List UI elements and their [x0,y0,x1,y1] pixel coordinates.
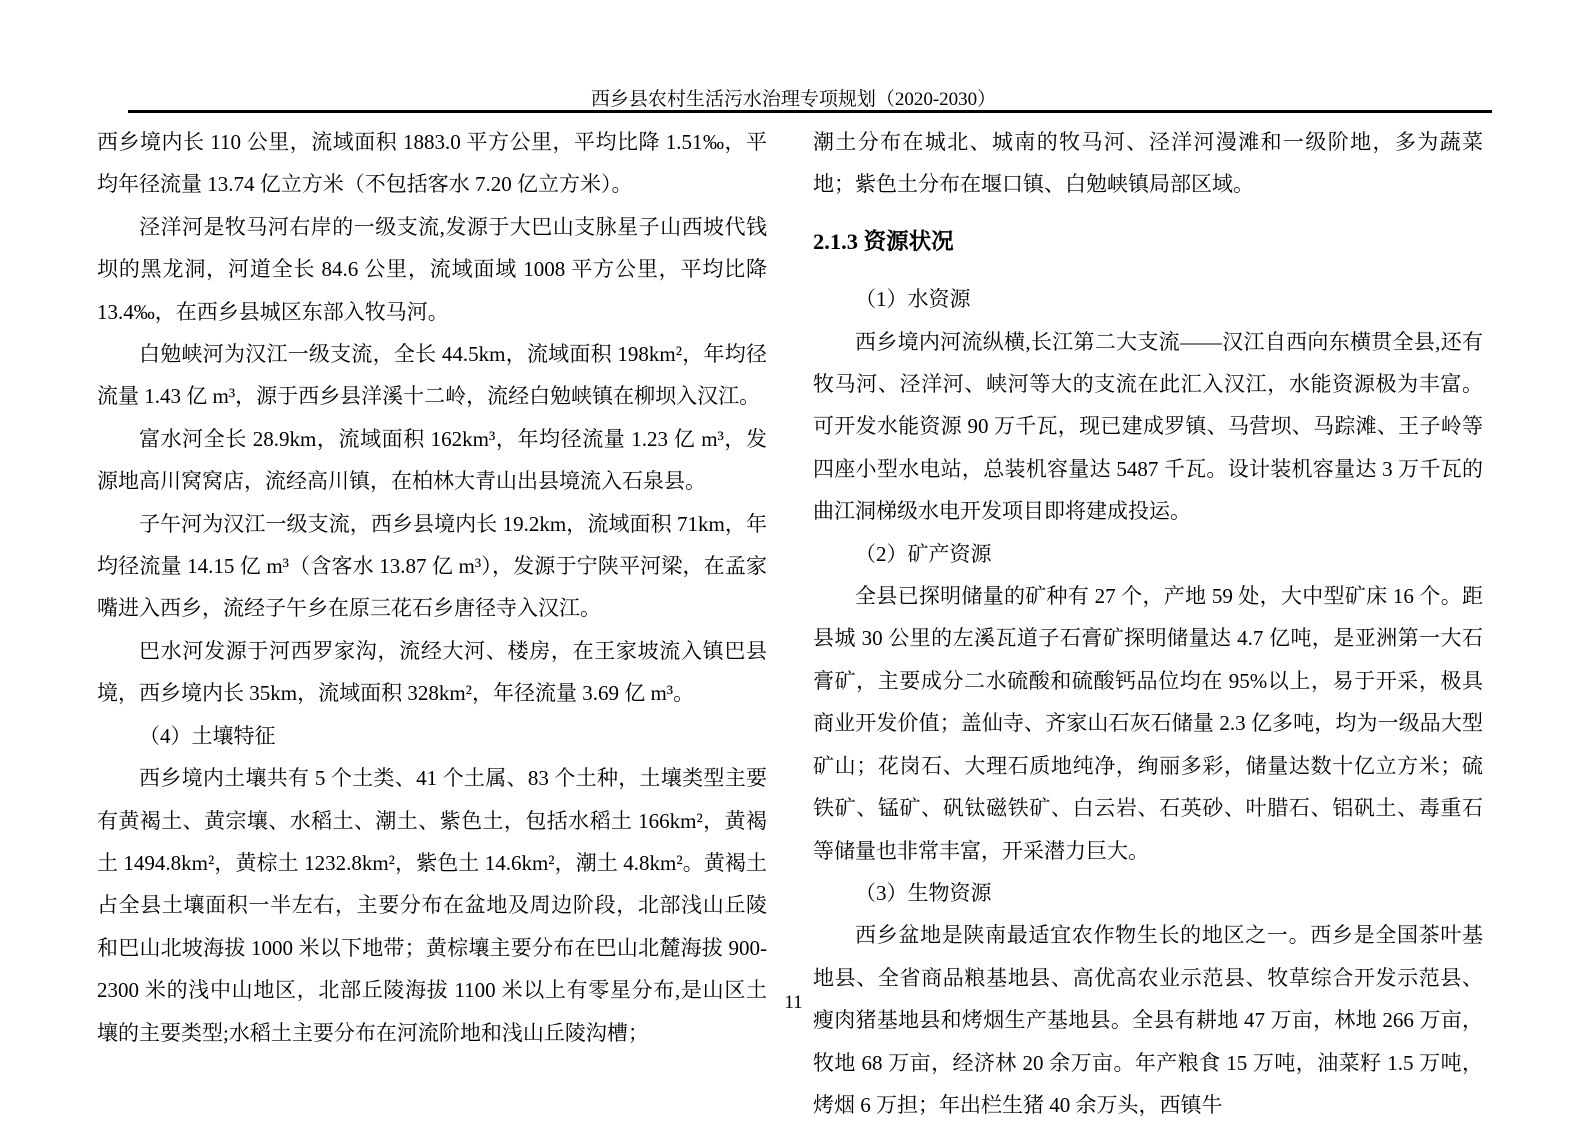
page-body: 西乡境内长 110 公里，流域面积 1883.0 平方公里，平均比降 1.51‰… [97,121,1483,1122]
paragraph: 泾洋河是牧马河右岸的一级支流,发源于大巴山支脉星子山西坡代钱坝的黑龙洞，河道全长… [97,206,767,333]
paragraph: （3）生物资源 [813,872,1483,914]
paragraph: 潮土分布在城北、城南的牧马河、泾洋河漫滩和一级阶地，多为蔬菜地；紫色土分布在堰口… [813,121,1483,206]
paragraph: （1）水资源 [813,278,1483,320]
paragraph: 子午河为汉江一级支流，西乡县境内长 19.2km，流域面积 71km，年均径流量… [97,503,767,630]
document-page: 西乡县农村生活污水治理专项规划（2020-2030） 西乡境内长 110 公里，… [0,0,1587,1122]
paragraph: 西乡境内长 110 公里，流域面积 1883.0 平方公里，平均比降 1.51‰… [97,121,767,206]
header-title: 西乡县农村生活污水治理专项规划（2020-2030） [0,84,1587,111]
left-column: 西乡境内长 110 公里，流域面积 1883.0 平方公里，平均比降 1.51‰… [97,121,767,1122]
paragraph: 西乡盆地是陕南最适宜农作物生长的地区之一。西乡是全国茶叶基地县、全省商品粮基地县… [813,914,1483,1122]
paragraph: （4）土壤特征 [97,715,767,757]
header-rule [128,110,1492,113]
paragraph: 富水河全长 28.9km，流域面积 162km³，年均径流量 1.23 亿 m³… [97,418,767,503]
paragraph: 白勉峡河为汉江一级支流，全长 44.5km，流域面积 198km²，年均径流量 … [97,333,767,418]
paragraph: 西乡境内河流纵横,长江第二大支流——汉江自西向东横贯全县,还有牧马河、泾洋河、峡… [813,321,1483,533]
paragraph: 全县已探明储量的矿种有 27 个，产地 59 处，大中型矿床 16 个。距县城 … [813,575,1483,872]
section-heading: 2.1.3 资源状况 [813,221,1483,263]
paragraph: 巴水河发源于河西罗家沟，流经大河、楼房，在王家坡流入镇巴县境，西乡境内长 35k… [97,630,767,715]
paragraph: （2）矿产资源 [813,533,1483,575]
right-column: 潮土分布在城北、城南的牧马河、泾洋河漫滩和一级阶地，多为蔬菜地；紫色土分布在堰口… [813,121,1483,1122]
page-number: 11 [0,992,1587,1014]
